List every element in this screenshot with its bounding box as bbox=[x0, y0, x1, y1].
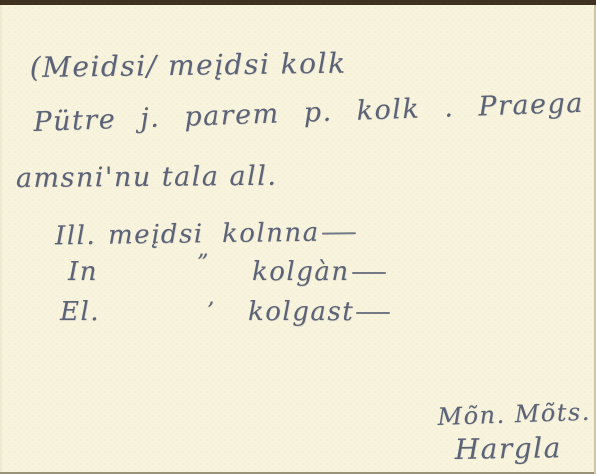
ditto-mark: ’ bbox=[207, 299, 216, 324]
case-qualifier: meįdsi bbox=[108, 219, 204, 250]
scanned-archive-card: (Meidsi/ meįdsi kolk Pütre j. parem p. k… bbox=[0, 0, 596, 474]
description-line-1: Pütre j. parem p. kolk . Praega komm bbox=[33, 83, 596, 138]
case-word-form: kolgàn bbox=[252, 257, 386, 287]
case-abbreviation: Ill. bbox=[55, 221, 97, 252]
case-word-form: kolnna bbox=[222, 217, 356, 249]
case-abbreviation: In bbox=[68, 257, 98, 287]
place-name-heading: (Meidsi/ meįdsi kolk bbox=[30, 47, 347, 84]
case-row-illative: Ill. meįdsi kolnna bbox=[0, 214, 596, 260]
case-row-inessive: In ” kolgàn bbox=[0, 257, 596, 295]
description-line-2: amsni'nu tala all. bbox=[16, 161, 278, 194]
parish-name: Hargla bbox=[454, 431, 562, 466]
case-row-elative: El. ’ kolgast bbox=[0, 297, 596, 335]
collector-locality-abbreviation: Mõn. Mõts. k. bbox=[437, 396, 596, 431]
case-word-form: kolgast bbox=[248, 297, 390, 327]
case-abbreviation: El. bbox=[60, 297, 100, 327]
ditto-mark: ” bbox=[197, 251, 210, 276]
